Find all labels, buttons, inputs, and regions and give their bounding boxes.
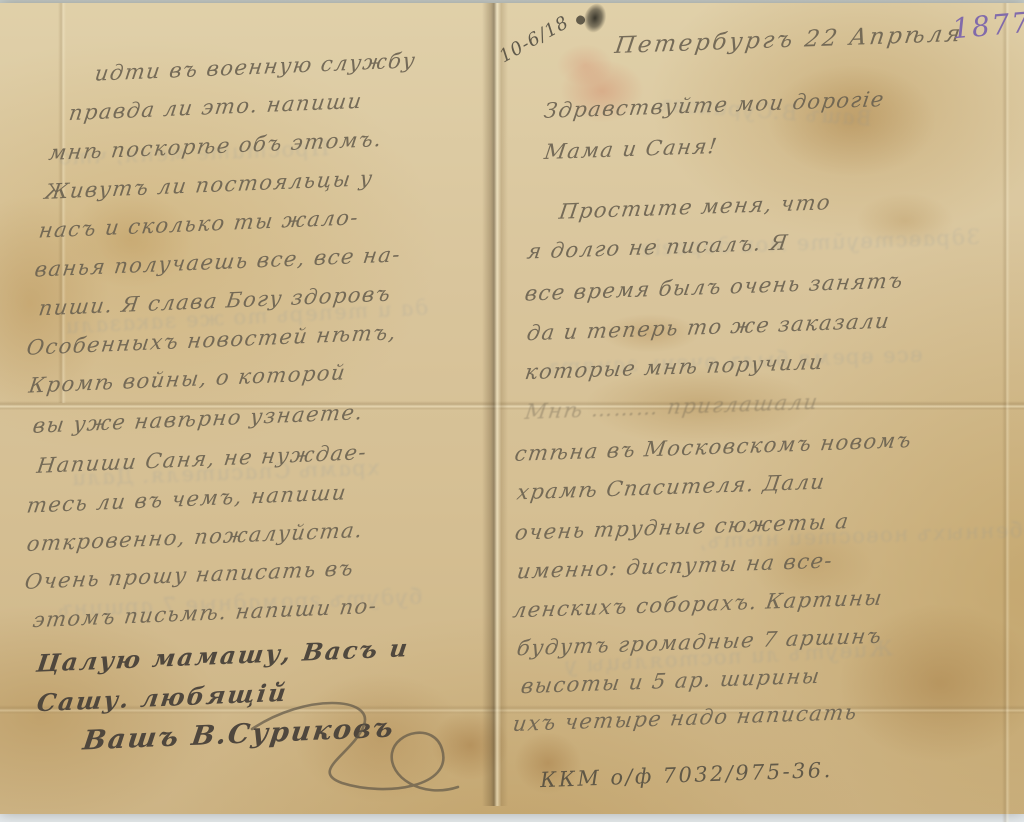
handwritten-line: ленскихъ соборахъ. Картины [511, 586, 884, 623]
handwritten-line: откровенно, пожалуйста. [25, 518, 365, 556]
handwritten-line: Очень прошу написать въ [23, 556, 355, 594]
handwritten-line: Кромѣ войны, о которой [27, 360, 347, 397]
handwritten-line: Живутъ ли постояльцы у [43, 166, 375, 204]
handwritten-line: насъ и сколько ты жало- [37, 205, 360, 242]
handwritten-line: Простите меня, что [558, 190, 833, 223]
handwritten-line: пиши. Я слава Богу здоровъ [37, 282, 393, 321]
handwritten-line: да и теперь то же заказали [525, 309, 891, 346]
handwritten-line: храмѣ Спасителя. Дали [515, 470, 827, 505]
handwritten-line: идти въ военную службу [93, 48, 417, 85]
handwritten-line: правда ли это. напиши [67, 89, 364, 125]
handwritten-line: которые мнѣ поручили [523, 350, 825, 384]
handwritten-line: Мама и Саня! [543, 134, 720, 164]
handwritten-line: все время былъ очень занятъ [523, 268, 905, 305]
handwritten-line: высоты и 5 ар. ширины [519, 664, 822, 698]
dateline: Петербургъ 22 Апрѣля [613, 21, 964, 59]
handwritten-line: ванья получаешь все, все на- [33, 242, 402, 281]
letter-scan: Вашъ В.СуриковъЗдравствуйте мои дорогіев… [0, 0, 1024, 822]
fold-crease-vertical [482, 3, 508, 806]
handwritten-line: Напиши Саня, не нуждае- [35, 440, 368, 478]
handwritten-line: Особенныхъ новостей нѣтъ, [25, 320, 398, 359]
closing-line: Цалую мамашу, Васъ и [35, 633, 411, 677]
archive-stamp: ККМ о/ф 7032/975-36. [540, 758, 833, 792]
handwritten-line: этомъ письмѣ. напиши по- [31, 594, 379, 632]
handwritten-line: мнѣ поскорѣе объ этомъ. [47, 127, 384, 165]
handwritten-line: тесь ли въ чемъ, напиши [25, 480, 348, 517]
handwritten-line: Здравствуйте мои дорогіе [542, 87, 886, 123]
ink-blot [581, 1, 610, 35]
year-annotation: 1877 [951, 6, 1024, 46]
handwritten-line-faded: Мнѣ ……… приглашали [523, 390, 820, 424]
letter-sheet: Вашъ В.СуриковъЗдравствуйте мои дорогіев… [0, 3, 1024, 814]
handwritten-line: очень трудные сюжеты а [513, 509, 851, 545]
handwritten-line: я долго не писалъ. Я [526, 230, 791, 263]
handwritten-line: именно: диспуты на все- [515, 549, 834, 584]
edge-crease-right [1002, 3, 1010, 822]
handwritten-line: будутъ громадные 7 аршинъ [515, 624, 884, 661]
signature-flourish [246, 691, 476, 807]
handwritten-line: стѣна въ Московскомъ новомъ [513, 428, 914, 466]
